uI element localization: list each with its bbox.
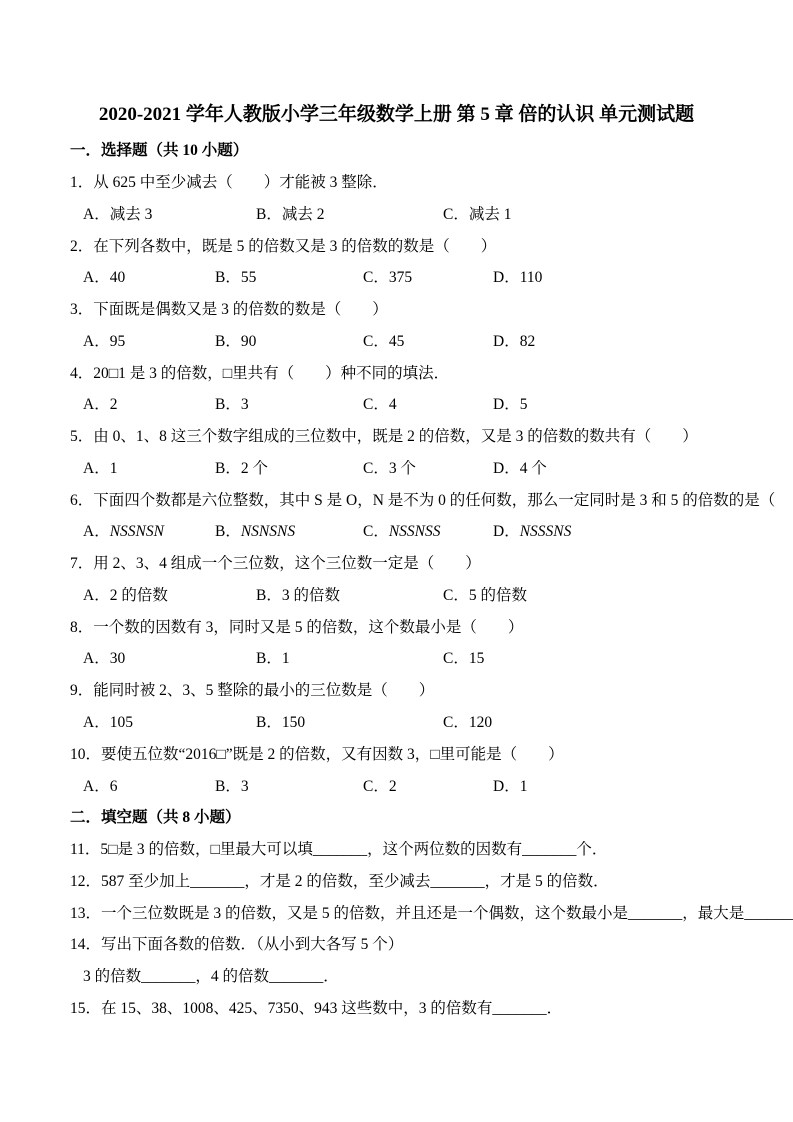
question-6-stem: 6．下面四个数都是六位整数，其中 S 是 O，N 是不为 0 的任何数，那么一定… — [0, 488, 793, 520]
document-page: 2020-2021 学年人教版小学三年级数学上册 第 5 章 倍的认识 单元测试… — [0, 0, 793, 1122]
question-5-options: A．1 B．2 个 C．3 个 D．4 个 — [0, 456, 793, 488]
question-1-option-c: C．减去 1 — [443, 202, 511, 224]
question-7-option-a: A．2 的倍数 — [83, 583, 168, 605]
question-5-option-c: C．3 个 — [363, 456, 416, 478]
question-8-option-c: C．15 — [443, 646, 484, 668]
question-10-option-b: B．3 — [215, 774, 249, 796]
question-9-option-a: A．105 — [83, 710, 133, 732]
question-9-option-b: B．150 — [256, 710, 305, 732]
question-15-text: 15．在 15、38、1008、425、7350、943 这些数中，3 的倍数有… — [0, 996, 793, 1028]
question-10-stem: 10．要使五位数“2016□”既是 2 的倍数，又有因数 3，□里可能是（ ） — [0, 742, 793, 774]
document-body: 1．从 625 中至少减去（ ）才能被 3 整除． A．减去 3 B．减去 2 … — [0, 170, 793, 1028]
question-9-options: A．105 B．150 C．120 — [0, 710, 793, 742]
question-6-option-d: D．NSSSNS — [493, 519, 571, 541]
question-2-options: A．40 B．55 C．375 D．110 — [0, 265, 793, 297]
question-3-option-c: C．45 — [363, 329, 404, 351]
question-4-stem: 4．20□1 是 3 的倍数，□里共有（ ）种不同的填法． — [0, 361, 793, 393]
question-2-stem: 2．在下列各数中，既是 5 的倍数又是 3 的倍数的数是（ ） — [0, 234, 793, 266]
question-9-option-c: C．120 — [443, 710, 492, 732]
question-3-option-d: D．82 — [493, 329, 535, 351]
question-8-option-a: A．30 — [83, 646, 125, 668]
question-10-option-d: D．1 — [493, 774, 527, 796]
question-1-option-a: A．减去 3 — [83, 202, 152, 224]
question-13-text: 13．一个三位数既是 3 的倍数，又是 5 的倍数，并且还是一个偶数，这个数最小… — [0, 901, 793, 933]
question-4-option-a: A．2 — [83, 392, 117, 414]
question-9-stem: 9．能同时被 2、3、5 整除的最小的三位数是（ ） — [0, 678, 793, 710]
question-1-option-b: B．减去 2 — [256, 202, 324, 224]
question-14-line2: 3 的倍数_______，4 的倍数_______． — [0, 964, 793, 996]
question-10-options: A．6 B．3 C．2 D．1 — [0, 774, 793, 806]
question-3-option-a: A．95 — [83, 329, 125, 351]
question-4-option-b: B．3 — [215, 392, 249, 414]
question-6-option-a: A．NSSNSN — [83, 519, 164, 541]
question-8-stem: 8．一个数的因数有 3，同时又是 5 的倍数，这个数最小是（ ） — [0, 615, 793, 647]
question-7-option-c: C．5 的倍数 — [443, 583, 527, 605]
question-7-option-b: B．3 的倍数 — [256, 583, 340, 605]
question-10-option-c: C．2 — [363, 774, 397, 796]
question-3-stem: 3．下面既是偶数又是 3 的倍数的数是（ ） — [0, 297, 793, 329]
question-2-option-a: A．40 — [83, 265, 125, 287]
section-1-heading: 一．选择题（共 10 小题） — [70, 138, 248, 160]
document-title: 2020-2021 学年人教版小学三年级数学上册 第 5 章 倍的认识 单元测试… — [0, 99, 793, 126]
question-2-option-b: B．55 — [215, 265, 256, 287]
question-3-option-b: B．90 — [215, 329, 256, 351]
question-2-option-c: C．375 — [363, 265, 412, 287]
question-5-stem: 5．由 0、1、8 这三个数字组成的三位数中，既是 2 的倍数，又是 3 的倍数… — [0, 424, 793, 456]
question-6-options: A．NSSNSN B．NSNSNS C．NSSNSS D．NSSSNS — [0, 519, 793, 551]
question-14-text: 14．写出下面各数的倍数．（从小到大各写 5 个） — [0, 932, 793, 964]
question-1-options: A．减去 3 B．减去 2 C．减去 1 — [0, 202, 793, 234]
question-8-option-b: B．1 — [256, 646, 290, 668]
question-1-stem: 1．从 625 中至少减去（ ）才能被 3 整除． — [0, 170, 793, 202]
section-2-heading: 二．填空题（共 8 小题） — [0, 805, 793, 837]
question-12-text: 12．587 至少加上_______，才是 2 的倍数，至少减去_______，… — [0, 869, 793, 901]
question-3-options: A．95 B．90 C．45 D．82 — [0, 329, 793, 361]
question-4-option-c: C．4 — [363, 392, 397, 414]
question-2-option-d: D．110 — [493, 265, 542, 287]
question-11-text: 11．5□是 3 的倍数，□里最大可以填_______，这个两位数的因数有___… — [0, 837, 793, 869]
question-8-options: A．30 B．1 C．15 — [0, 646, 793, 678]
question-7-options: A．2 的倍数 B．3 的倍数 C．5 的倍数 — [0, 583, 793, 615]
question-4-options: A．2 B．3 C．4 D．5 — [0, 392, 793, 424]
question-6-option-c: C．NSSNSS — [363, 519, 441, 541]
question-5-option-a: A．1 — [83, 456, 117, 478]
question-6-option-b: B．NSNSNS — [215, 519, 295, 541]
question-10-option-a: A．6 — [83, 774, 117, 796]
question-5-option-b: B．2 个 — [215, 456, 268, 478]
question-4-option-d: D．5 — [493, 392, 527, 414]
question-5-option-d: D．4 个 — [493, 456, 547, 478]
question-7-stem: 7．用 2、3、4 组成一个三位数，这个三位数一定是（ ） — [0, 551, 793, 583]
